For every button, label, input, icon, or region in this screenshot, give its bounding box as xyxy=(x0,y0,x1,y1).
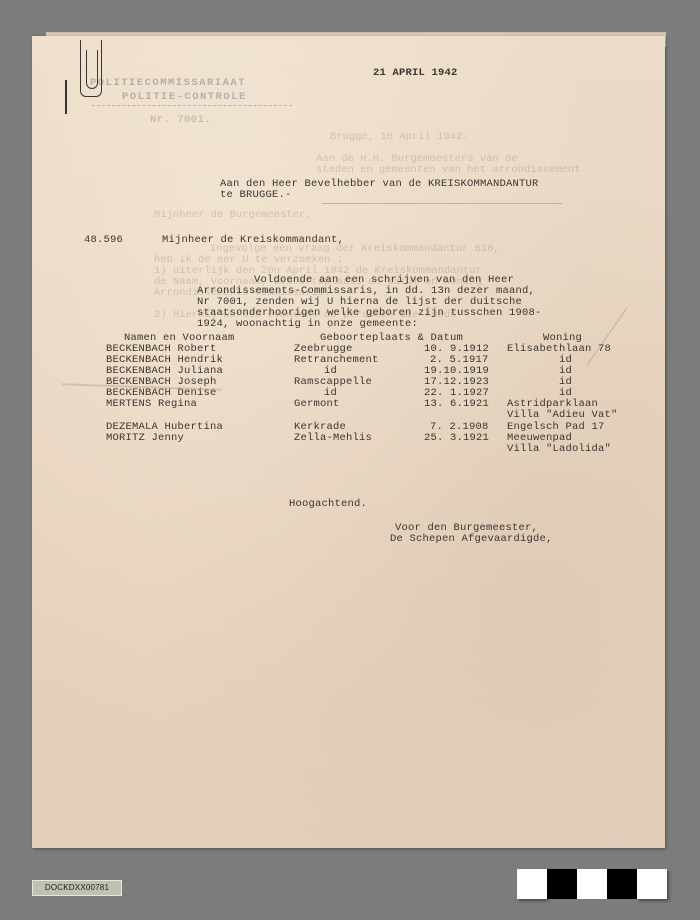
cell-residence: Villa "Adieu Vat" xyxy=(507,409,618,421)
calibration-swatch xyxy=(637,869,667,899)
stamp-rule xyxy=(92,105,292,106)
date-stamp: 21 APRIL 1942 xyxy=(373,67,458,79)
cell-birthplace: Zella-Mehlis xyxy=(294,432,372,444)
signature-line-2: De Schepen Afgevaardigde, xyxy=(390,533,553,545)
salutation: Mijnheer de Kreiskommandant, xyxy=(162,234,344,246)
addressee-underline xyxy=(322,203,562,204)
calibration-swatch xyxy=(547,869,577,899)
cell-birthdate: 13. 6.1921 xyxy=(424,398,489,410)
body-line: 1924, woonachtig in onze gemeente: xyxy=(197,318,418,330)
staple-mark xyxy=(65,80,67,114)
cell-birthdate: 25. 3.1921 xyxy=(424,432,489,444)
cell-birthplace: Germont xyxy=(294,398,340,410)
cell-name: MORITZ Jenny xyxy=(106,432,184,444)
calibration-swatch xyxy=(577,869,607,899)
bleedthrough-line: steden en gemeenten van het arrondisseme… xyxy=(316,164,581,176)
bleedthrough-line: Mijnheer de Burgemeester, xyxy=(154,209,312,221)
calibration-swatch xyxy=(607,869,637,899)
office-stamp-line-1: POLITIECOMMISSARIAAT xyxy=(90,77,246,89)
office-stamp-number: Nr. 7001. xyxy=(150,114,211,126)
bleedthrough-line: Brugge, 10 April 1942. xyxy=(330,131,469,143)
archive-reference-label: DOCKDXX00781 xyxy=(32,880,122,896)
cell-residence: Villa "Ladolida" xyxy=(507,443,611,455)
calibration-swatch xyxy=(517,869,547,899)
cell-name: MERTENS Regina xyxy=(106,398,197,410)
addressee-line-2: te BRUGGE.- xyxy=(220,189,292,201)
office-stamp-line-2: POLITIE-CONTROLE xyxy=(122,91,247,103)
closing: Hoogachtend. xyxy=(289,498,367,510)
pencil-mark xyxy=(587,308,628,366)
reference-number: 48.596 xyxy=(84,234,123,246)
letter-page: POLITIECOMMISSARIAAT POLITIE-CONTROLE Nr… xyxy=(32,36,665,848)
